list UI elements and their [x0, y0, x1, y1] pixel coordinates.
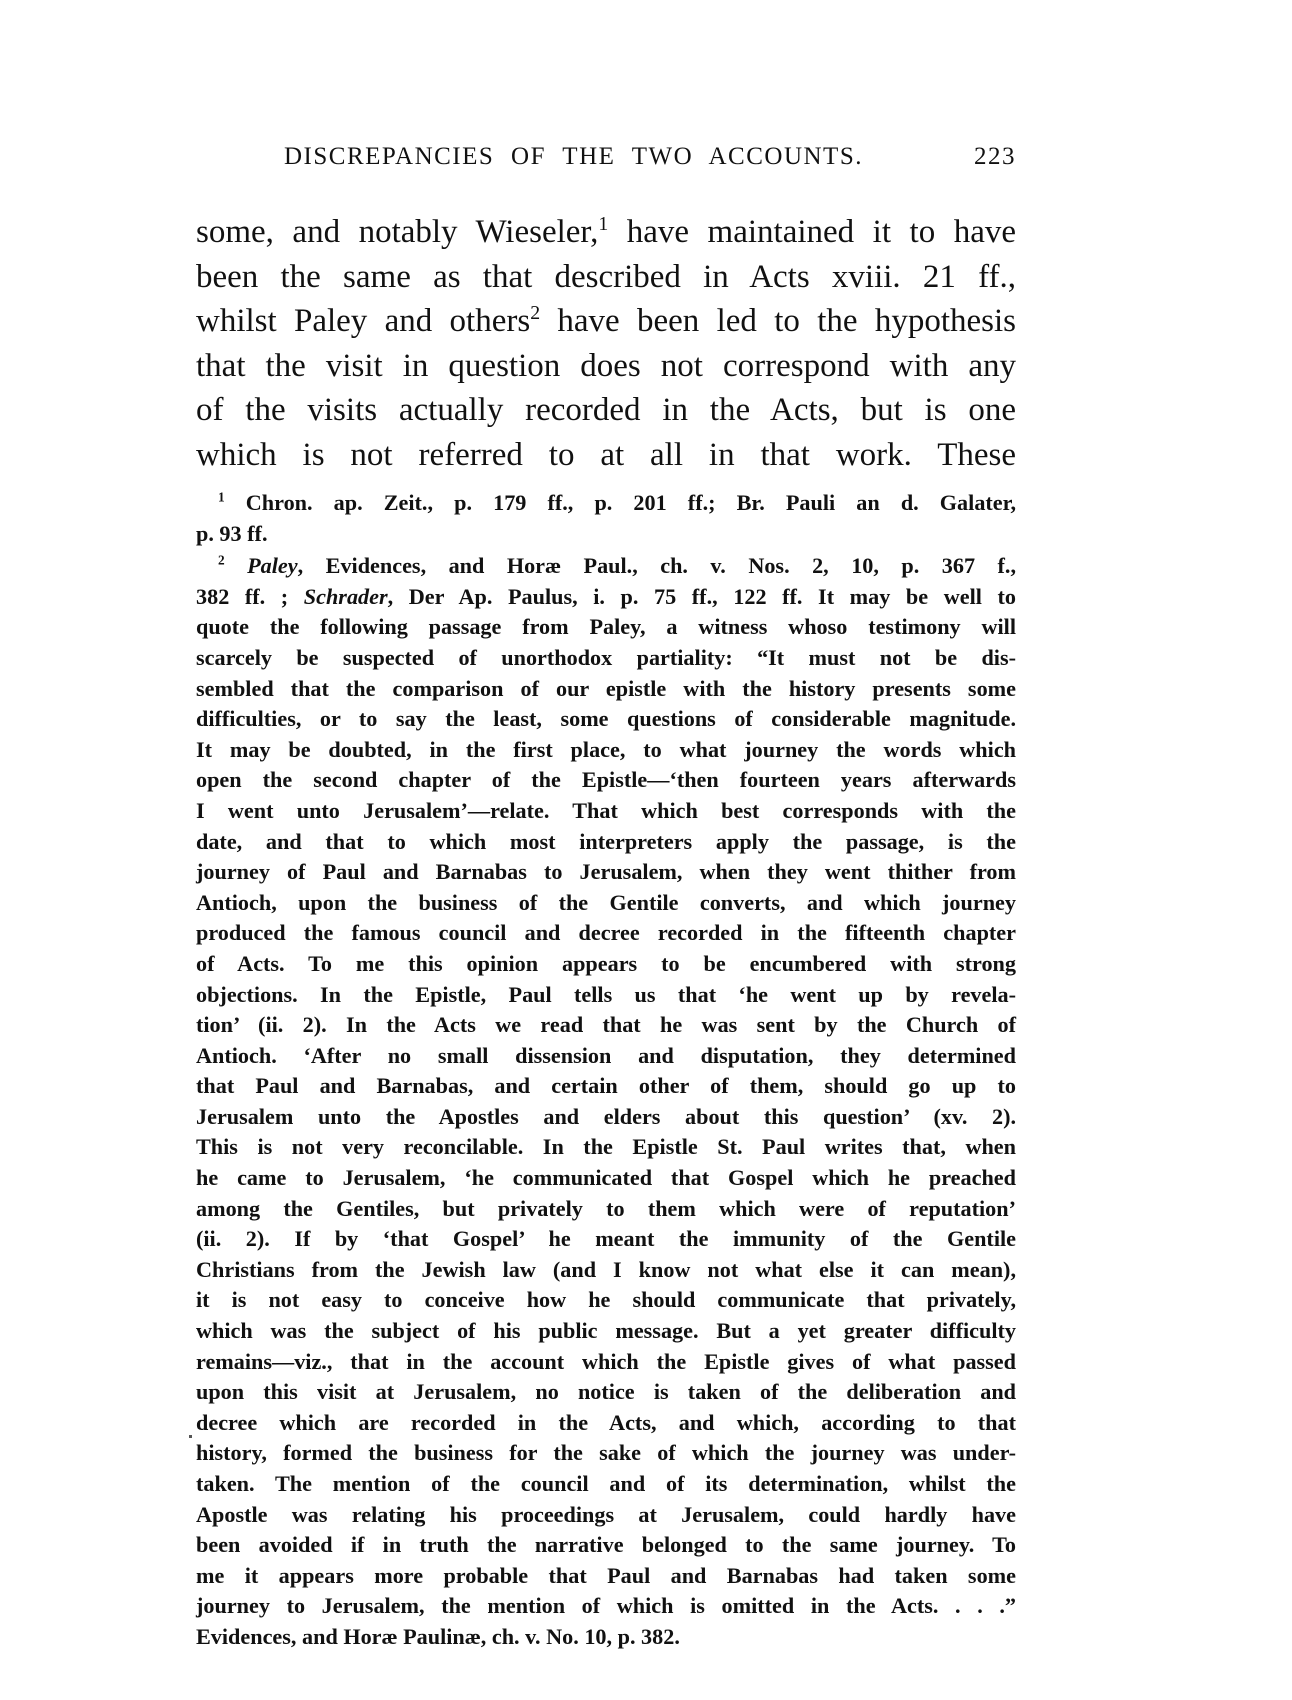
footnote-1-line: p. 93 ff.	[196, 519, 1016, 550]
footnote-text: , Evidences, and Horæ Paul., ch. v. Nos.…	[298, 553, 1016, 578]
footnote-2-line: sembled that the comparison of our epist…	[196, 674, 1016, 705]
page-number: 223	[974, 143, 1016, 171]
footnote-marker-1: 1	[218, 490, 225, 505]
footnote-2-line: journey to Jerusalem, the mention of whi…	[196, 1591, 1016, 1622]
footnote-2-line: Antioch, upon the business of the Gentil…	[196, 888, 1016, 919]
running-head: Discrepancies of the Two Accounts. 223	[196, 143, 1016, 183]
footnote-1-line: 1 Chron. ap. Zeit., p. 179 ff., p. 201 f…	[196, 488, 1016, 519]
footnote-2-line: It may be doubted, in the first place, t…	[196, 735, 1016, 766]
footnote-ref-2[interactable]: 2	[530, 302, 540, 324]
footnote-2-line: which was the subject of his public mess…	[196, 1316, 1016, 1347]
footnote-2-line: remains—viz., that in the account which …	[196, 1347, 1016, 1378]
footnote-2-line: Antioch. ‘After no small dissension and …	[196, 1041, 1016, 1072]
footnote-2-line: he came to Jerusalem, ‘he communicated t…	[196, 1163, 1016, 1194]
footnote-2-line: decree which are recorded in the Acts, a…	[196, 1408, 1016, 1439]
footnotes: 1 Chron. ap. Zeit., p. 179 ff., p. 201 f…	[196, 488, 1016, 1653]
text-line: been the same as that described in Acts …	[196, 255, 1016, 300]
text-fragment: have been led to the hypothesis	[540, 303, 1016, 339]
footnote-2-line: Christians from the Jewish law (and I kn…	[196, 1255, 1016, 1286]
footnote-2-line: difficulties, or to say the least, some …	[196, 704, 1016, 735]
footnote-2-line: journey of Paul and Barnabas to Jerusale…	[196, 857, 1016, 888]
footnote-2-line: Evidences, and Horæ Paulinæ, ch. v. No. …	[196, 1622, 1016, 1653]
footnote-2-line: open the second chapter of the Epistle—‘…	[196, 765, 1016, 796]
footnote-2-line: of Acts. To me this opinion appears to b…	[196, 949, 1016, 980]
author-schrader: Schrader	[304, 584, 388, 609]
footnote-2-line: quote the following passage from Paley, …	[196, 612, 1016, 643]
text-fragment: some, and notably Wieseler,	[196, 214, 598, 250]
text-line: of the visits actually recorded in the A…	[196, 388, 1016, 433]
text-fragment: whilst Paley and others	[196, 303, 530, 339]
footnote-2-line: tion’ (ii. 2). In the Acts we read that …	[196, 1010, 1016, 1041]
footnote-2-line: upon this visit at Jerusalem, no notice …	[196, 1377, 1016, 1408]
footnote-text: Chron. ap. Zeit., p. 179 ff., p. 201 ff.…	[246, 490, 1016, 515]
text-line: that the visit in question does not corr…	[196, 344, 1016, 389]
running-title: Discrepancies of the Two Accounts.	[284, 143, 863, 171]
footnote-2-line: taken. The mention of the council and of…	[196, 1469, 1016, 1500]
text-line: some, and notably Wieseler,1 have mainta…	[196, 210, 1016, 255]
footnote-2-line: among the Gentiles, but privately to the…	[196, 1194, 1016, 1225]
footnote-2-line: This is not very reconcilable. In the Ep…	[196, 1132, 1016, 1163]
author-paley: Paley	[247, 553, 298, 578]
footnote-2-line: (ii. 2). If by ‘that Gospel’ he meant th…	[196, 1224, 1016, 1255]
text-fragment: have maintained it to have	[608, 214, 1016, 250]
footnote-2-line: I went unto Jerusalem’—relate. That whic…	[196, 796, 1016, 827]
footnote-marker-2: 2	[218, 553, 225, 568]
footnote-2-line: 2 Paley, Evidences, and Horæ Paul., ch. …	[196, 551, 1016, 582]
footnote-2-line: it is not easy to conceive how he should…	[196, 1285, 1016, 1316]
footnote-2-line: 382 ff. ; Schrader, Der Ap. Paulus, i. p…	[196, 582, 1016, 613]
footnote-text: , Der Ap. Paulus, i. p. 75 ff., 122 ff. …	[388, 584, 1016, 609]
footnote-2-line: been avoided if in truth the narrative b…	[196, 1530, 1016, 1561]
footnote-2-line: me it appears more probable that Paul an…	[196, 1561, 1016, 1592]
footnote-text: 382 ff. ;	[196, 584, 304, 609]
text-line: which is not referred to at all in that …	[196, 433, 1016, 478]
footnote-2-line: produced the famous council and decree r…	[196, 918, 1016, 949]
footnote-ref-1[interactable]: 1	[598, 213, 608, 235]
footnote-2-line: scarcely be suspected of unorthodox part…	[196, 643, 1016, 674]
footnote-2-line: Jerusalem unto the Apostles and elders a…	[196, 1102, 1016, 1133]
footnote-2-line: date, and that to which most interpreter…	[196, 827, 1016, 858]
footnote-2-line: Apostle was relating his proceedings at …	[196, 1500, 1016, 1531]
scan-speck	[189, 1435, 192, 1438]
footnote-2-line: that Paul and Barnabas, and certain othe…	[196, 1071, 1016, 1102]
text-line: whilst Paley and others2 have been led t…	[196, 299, 1016, 344]
footnote-2-line: objections. In the Epistle, Paul tells u…	[196, 980, 1016, 1011]
footnote-2-line: history, formed the business for the sak…	[196, 1438, 1016, 1469]
main-text: some, and notably Wieseler,1 have mainta…	[196, 210, 1016, 477]
